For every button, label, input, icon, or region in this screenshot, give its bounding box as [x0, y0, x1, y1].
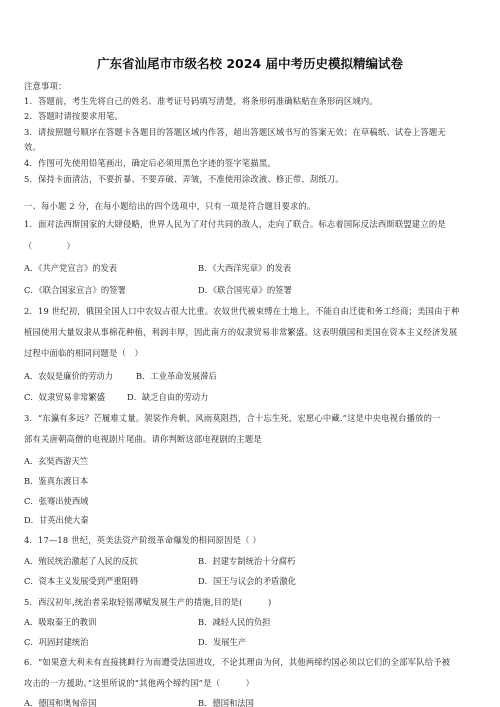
question-3-text: 部有关唐朝高僧的电视剧片尾曲。请你判断这部电视剧的主题是 — [24, 433, 262, 445]
question-1-option-d: D．《联合国宪章》的签署 — [198, 284, 292, 296]
notice-item: 效。 — [24, 141, 41, 153]
question-4-option-d: D．国王与议会的矛盾激化 — [198, 575, 296, 587]
paper-title: 广东省汕尾市市级名校 2024 届中考历史模拟精编试卷 — [0, 54, 500, 72]
exam-paper-page: 广东省汕尾市市级名校 2024 届中考历史模拟精编试卷 注意事项： 1．答题前，… — [0, 0, 500, 707]
question-5-option-c: C．巩固封建统治 — [24, 636, 88, 648]
question-6-text: 6．“如果意大利未有直接挑衅行为而遭受法国进攻，不论其理由为何，其他两缔约国必须… — [24, 656, 450, 668]
question-2-option-c: C．奴隶贸易非常繁盛 — [24, 391, 105, 403]
question-3-option-b: B．鉴真东渡日本 — [24, 475, 88, 487]
notice-item: 4．作图可先使用铅笔画出，确定后必须用黑色字迹的签字笔描黑。 — [24, 157, 276, 169]
notice-heading: 注意事项： — [24, 80, 67, 92]
question-3-option-c: C．张骞出使西域 — [24, 495, 88, 507]
question-5-option-b: B．减轻人民的负担 — [198, 616, 270, 628]
notice-item: 2．答题时请按要求用笔。 — [24, 110, 123, 122]
question-4-option-c: C．资本主义发展受到严重阻碍 — [24, 575, 138, 587]
question-5-option-a: A．吸取秦王的教训 — [24, 616, 96, 628]
notice-item: 3．请按照题号顺序在答题卡各题目的答题区域内作答，超出答题区域书写的答案无效；在… — [24, 126, 446, 138]
question-1-option-a: A．《共产党宣言》的发表 — [24, 262, 117, 274]
question-2-text: 2．19 世纪初，俄国全国人口中农奴占很大比重。农奴世代被束缚在土地上，不能自由… — [24, 305, 460, 317]
question-5-option-d: D．发展生产 — [198, 636, 246, 648]
question-1-text: 1．面对法西斯国家的大肆侵略，世界人民为了对付共同的敌人，走向了联合。标志着国际… — [24, 218, 446, 230]
question-2-option-d: D．缺乏自由的劳动力 — [127, 391, 208, 403]
question-3-text: 3．“东瀛有多远？芒履难丈量。袈裟作舟帆，风雨莫阻挡，合十忘生死，宏愿心中藏.”… — [24, 412, 441, 424]
question-4-option-a: A．殖民统治激起了人民的反抗 — [24, 555, 138, 567]
notice-item: 5．保持卡面清洁，不要折暴、不要弄破、弄皱，不准使用涂改液、修正带、刮纸刀。 — [24, 173, 344, 185]
notice-item: 1．答题前，考生先将自己的姓名、准考证号码填写清楚，将条形码准确粘贴在条形码区域… — [24, 95, 378, 107]
question-6-option-a: A．德国和奥匈帝国 — [24, 697, 96, 707]
question-6-option-b: B．德国和法国 — [198, 697, 254, 707]
question-2-text: 过程中面临的相同问题是（ ） — [24, 347, 143, 359]
question-2-option-b: B．工业革命发展滞后 — [136, 370, 217, 382]
section-heading: 一、每小题 2 分，在每小题给出的四个选项中，只有一项是符合题目要求的。 — [24, 200, 316, 212]
question-5-text: 5．西汉初年,统治者采取轻徭薄赋发展生产的措施,目的是( ) — [24, 596, 271, 608]
question-1-option-b: B．《大西洋宪章》的发表 — [198, 262, 291, 274]
question-4-text: 4．17—18 世纪，英美法资产阶级革命爆发的相同原因是（ ） — [24, 534, 261, 546]
question-2-option-a: A．农奴是廉价的劳动力 — [24, 370, 113, 382]
question-1-blank: （ ） — [24, 240, 75, 252]
question-3-option-d: D．甘英出使大秦 — [24, 514, 89, 526]
question-1-option-c: C．《联合国家宣言》的签署 — [24, 284, 126, 296]
question-3-option-a: A．玄奘西游天竺 — [24, 455, 88, 467]
question-2-text: 植园使用大量奴隶从事棉花种植，利润丰厚，因此南方的奴隶贸易非常繁盛。这表明俄国和… — [24, 326, 457, 338]
question-4-option-b: B．封建专制统治十分腐朽 — [198, 555, 295, 567]
question-6-text: 攻击的一方援助。”这里所说的“其他两个缔约国”是（ ） — [24, 677, 254, 689]
